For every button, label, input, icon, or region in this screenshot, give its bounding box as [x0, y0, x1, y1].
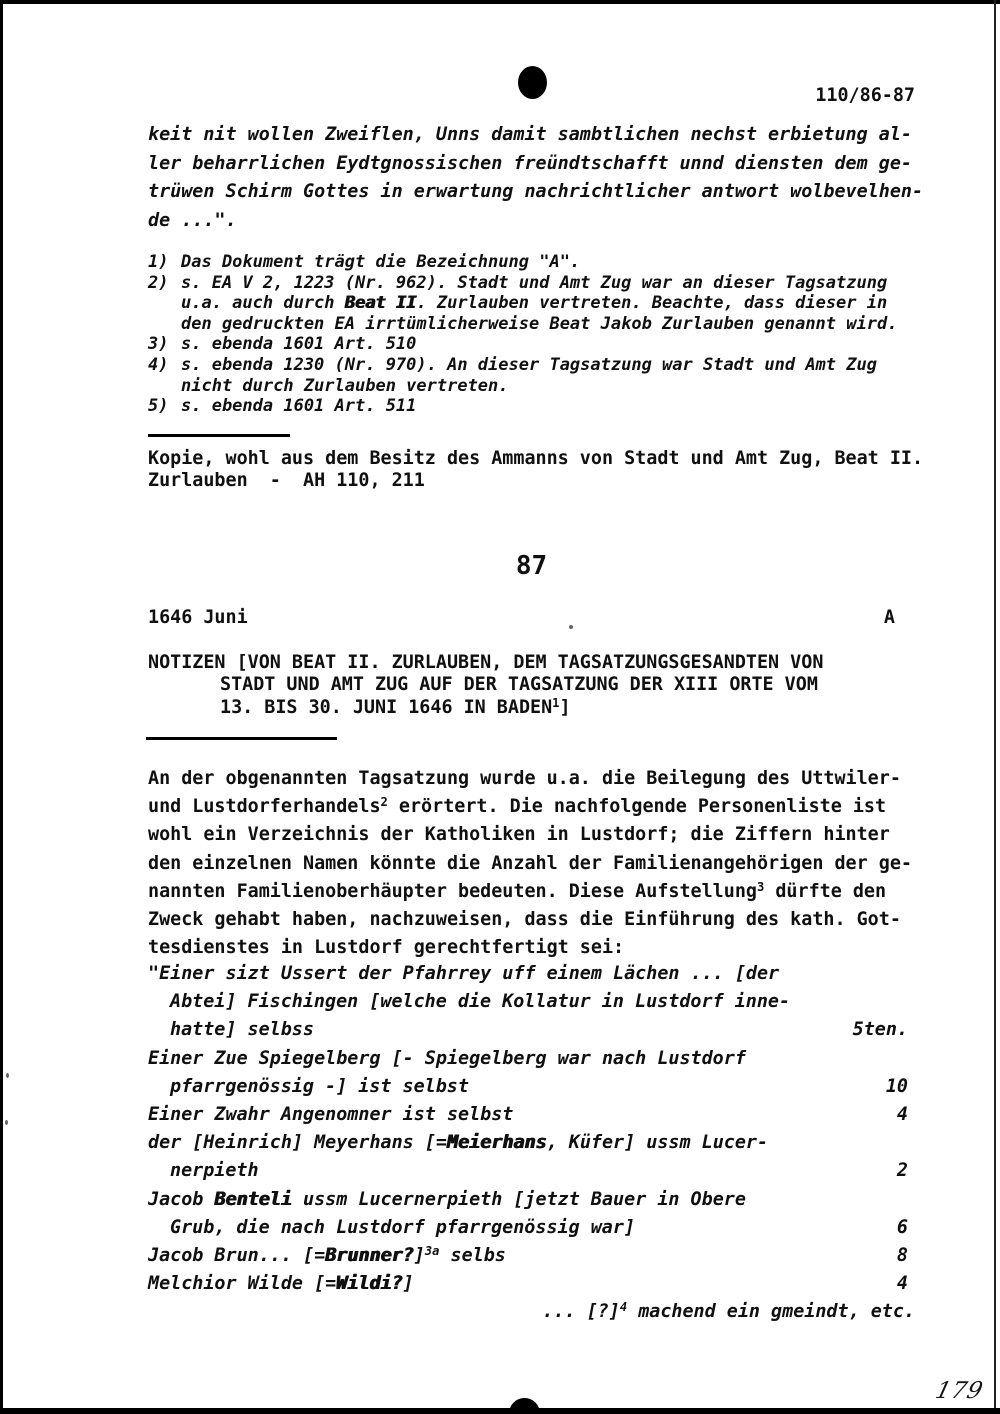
person-list-row: Jacob Benteli ussm Lucernerpieth [jetzt … [148, 1186, 915, 1214]
text-line: wohl ein Verzeichnis der Katholiken in L… [148, 821, 912, 849]
text-line: nicht durch Zurlauben vertreten. [181, 376, 897, 397]
footnote-number: 5) [148, 396, 181, 417]
footnote-item: 2)s. EA V 2, 1223 (Nr. 962). Stadt und A… [148, 273, 897, 335]
footnote-text: Das Dokument trägt die Bezeichnung "A". [181, 252, 897, 273]
person-entry-text: Jacob Benteli ussm Lucernerpieth [jetzt … [148, 1189, 746, 1210]
text-line: 13. BIS 30. JUNI 1646 IN BADEN1] [148, 697, 823, 719]
person-count-value: 5ten. [853, 1016, 908, 1044]
person-list-row: hatte] selbss5ten. [148, 1016, 915, 1044]
text-line: An der obgenannten Tagsatzung wurde u.a.… [148, 765, 912, 793]
footnote-item: 5)s. ebenda 1601 Art. 511 [148, 396, 897, 417]
page-number: 110/86-87 [148, 86, 915, 106]
text-line: s. ebenda 1601 Art. 510 [181, 334, 897, 355]
footnote-text: s. ebenda 1601 Art. 510 [181, 334, 897, 355]
text-line: de ...". [148, 207, 923, 236]
footnote-text: s. ebenda 1601 Art. 511 [181, 396, 897, 417]
person-entry-text: "Einer sizt Ussert der Pfahrrey uff eine… [148, 963, 779, 984]
text-line: den einzelnen Namen könnte die Anzahl de… [148, 850, 912, 878]
footnotes-section: 1)Das Dokument trägt die Bezeichnung "A"… [148, 252, 897, 417]
person-entry-text: nerpieth [148, 1160, 259, 1181]
text-line: und Lustdorferhandels2 erörtert. Die nac… [148, 793, 912, 821]
ink-speck [6, 1073, 9, 1078]
text-line: s. ebenda 1601 Art. 511 [181, 396, 897, 417]
person-list-row: Melchior Wilde [=Wildi?]4 [148, 1270, 915, 1298]
scan-border-bottom [0, 1408, 1000, 1414]
person-count-value: 10 [886, 1073, 908, 1101]
person-list-row: ... [?]4 machend ein gmeindt, etc. [148, 1298, 915, 1326]
person-count-value: 4 [897, 1101, 908, 1129]
scan-border-top [0, 0, 1000, 4]
text-line: trüwen Schirm Gottes in erwartung nachri… [148, 178, 923, 207]
quote-paragraph: keit nit wollen Zweiflen, Unns damit sam… [148, 121, 923, 235]
person-entry-text: Einer Zue Spiegelberg [- Spiegelberg war… [148, 1048, 746, 1069]
person-entry-text: hatte] selbss [148, 1019, 314, 1040]
person-entry-text: Abtei] Fischingen [welche die Kollatur i… [148, 991, 790, 1012]
person-count-value: 4 [897, 1270, 908, 1298]
person-list-row: pfarrgenössig -] ist selbst10 [148, 1073, 915, 1101]
ink-speck [569, 625, 573, 629]
person-entry-text: pfarrgenössig -] ist selbst [148, 1076, 469, 1097]
person-entry-text: Grub, die nach Lustdorf pfarrgenössig wa… [148, 1217, 635, 1238]
text-line: keit nit wollen Zweiflen, Unns damit sam… [148, 121, 923, 150]
person-list-row: "Einer sizt Ussert der Pfahrrey uff eine… [148, 960, 915, 988]
entry-number: 87 [148, 552, 915, 580]
person-list-row: Grub, die nach Lustdorf pfarrgenössig wa… [148, 1214, 915, 1242]
text-line: s. ebenda 1230 (Nr. 970). An dieser Tags… [181, 355, 897, 376]
separator-rule-source [148, 434, 290, 437]
separator-rule-title [146, 737, 337, 740]
classification-letter: A [884, 607, 915, 629]
text-line: NOTIZEN [VON BEAT II. ZURLAUBEN, DEM TAG… [148, 652, 823, 674]
entry-date: 1646 Juni [148, 607, 248, 628]
footnote-text: s. ebenda 1230 (Nr. 970). An dieser Tags… [181, 355, 897, 396]
person-list-row: nerpieth2 [148, 1157, 915, 1185]
scanned-document-page: 110/86-87 keit nit wollen Zweiflen, Unns… [0, 0, 1000, 1414]
footnote-number: 2) [148, 273, 181, 335]
person-entry-text: ... [?]4 machend ein gmeindt, etc. [542, 1301, 915, 1322]
person-entry-text: Melchior Wilde [=Wildi?] [148, 1273, 414, 1294]
person-list-row: Einer Zue Spiegelberg [- Spiegelberg war… [148, 1045, 915, 1073]
footnote-number: 3) [148, 334, 181, 355]
text-line: ler beharrlichen Eydtgnossischen freündt… [148, 150, 923, 179]
footnote-item: 4)s. ebenda 1230 (Nr. 970). An dieser Ta… [148, 355, 897, 396]
person-entry-text: Jacob Brun... [=Brunner?]3a selbs [148, 1245, 506, 1266]
person-list: "Einer sizt Ussert der Pfahrrey uff eine… [148, 960, 915, 1327]
source-note: Kopie, wohl aus dem Besitz des Ammanns v… [148, 448, 923, 491]
intro-paragraph: An der obgenannten Tagsatzung wurde u.a.… [148, 765, 912, 962]
text-line: s. EA V 2, 1223 (Nr. 962). Stadt und Amt… [181, 273, 897, 294]
entry-title: NOTIZEN [VON BEAT II. ZURLAUBEN, DEM TAG… [148, 652, 823, 719]
person-count-value: 2 [897, 1157, 908, 1185]
person-list-row: Abtei] Fischingen [welche die Kollatur i… [148, 988, 915, 1016]
scan-border-right [994, 0, 996, 1414]
scan-border-left [0, 0, 3, 1414]
person-list-row: Jacob Brun... [=Brunner?]3a selbs8 [148, 1242, 915, 1270]
text-line: nannten Familienoberhäupter bedeuten. Di… [148, 878, 912, 906]
text-line: Zurlauben - AH 110, 211 [148, 470, 923, 492]
footnote-number: 1) [148, 252, 181, 273]
registration-dot-bottom [509, 1398, 540, 1414]
person-list-row: Einer Zwahr Angenomner ist selbst4 [148, 1101, 915, 1129]
text-line: den gedruckten EA irrtümlicherweise Beat… [181, 314, 897, 335]
ink-speck [5, 1120, 8, 1125]
person-count-value: 6 [897, 1214, 908, 1242]
handwritten-page-mark: 179 [933, 1378, 986, 1404]
date-row: A 1646 Juni [148, 607, 915, 629]
footnote-item: 1)Das Dokument trägt die Bezeichnung "A"… [148, 252, 897, 273]
text-line: tesdienstes in Lustdorf gerechtfertigt s… [148, 934, 912, 962]
text-line: Zweck gehabt haben, nachzuweisen, dass d… [148, 906, 912, 934]
person-list-row: der [Heinrich] Meyerhans [=Meierhans, Kü… [148, 1129, 915, 1157]
footnote-number: 4) [148, 355, 181, 396]
text-line: Kopie, wohl aus dem Besitz des Ammanns v… [148, 448, 923, 470]
person-entry-text: Einer Zwahr Angenomner ist selbst [148, 1104, 513, 1125]
person-count-value: 8 [897, 1242, 908, 1270]
text-line: Das Dokument trägt die Bezeichnung "A". [181, 252, 897, 273]
person-entry-text: der [Heinrich] Meyerhans [=Meierhans, Kü… [148, 1132, 768, 1153]
footnote-text: s. EA V 2, 1223 (Nr. 962). Stadt und Amt… [181, 273, 897, 335]
text-line: STADT UND AMT ZUG AUF DER TAGSATZUNG DER… [148, 674, 823, 696]
footnote-item: 3)s. ebenda 1601 Art. 510 [148, 334, 897, 355]
text-line: u.a. auch durch Beat II. Zurlauben vertr… [181, 293, 897, 314]
